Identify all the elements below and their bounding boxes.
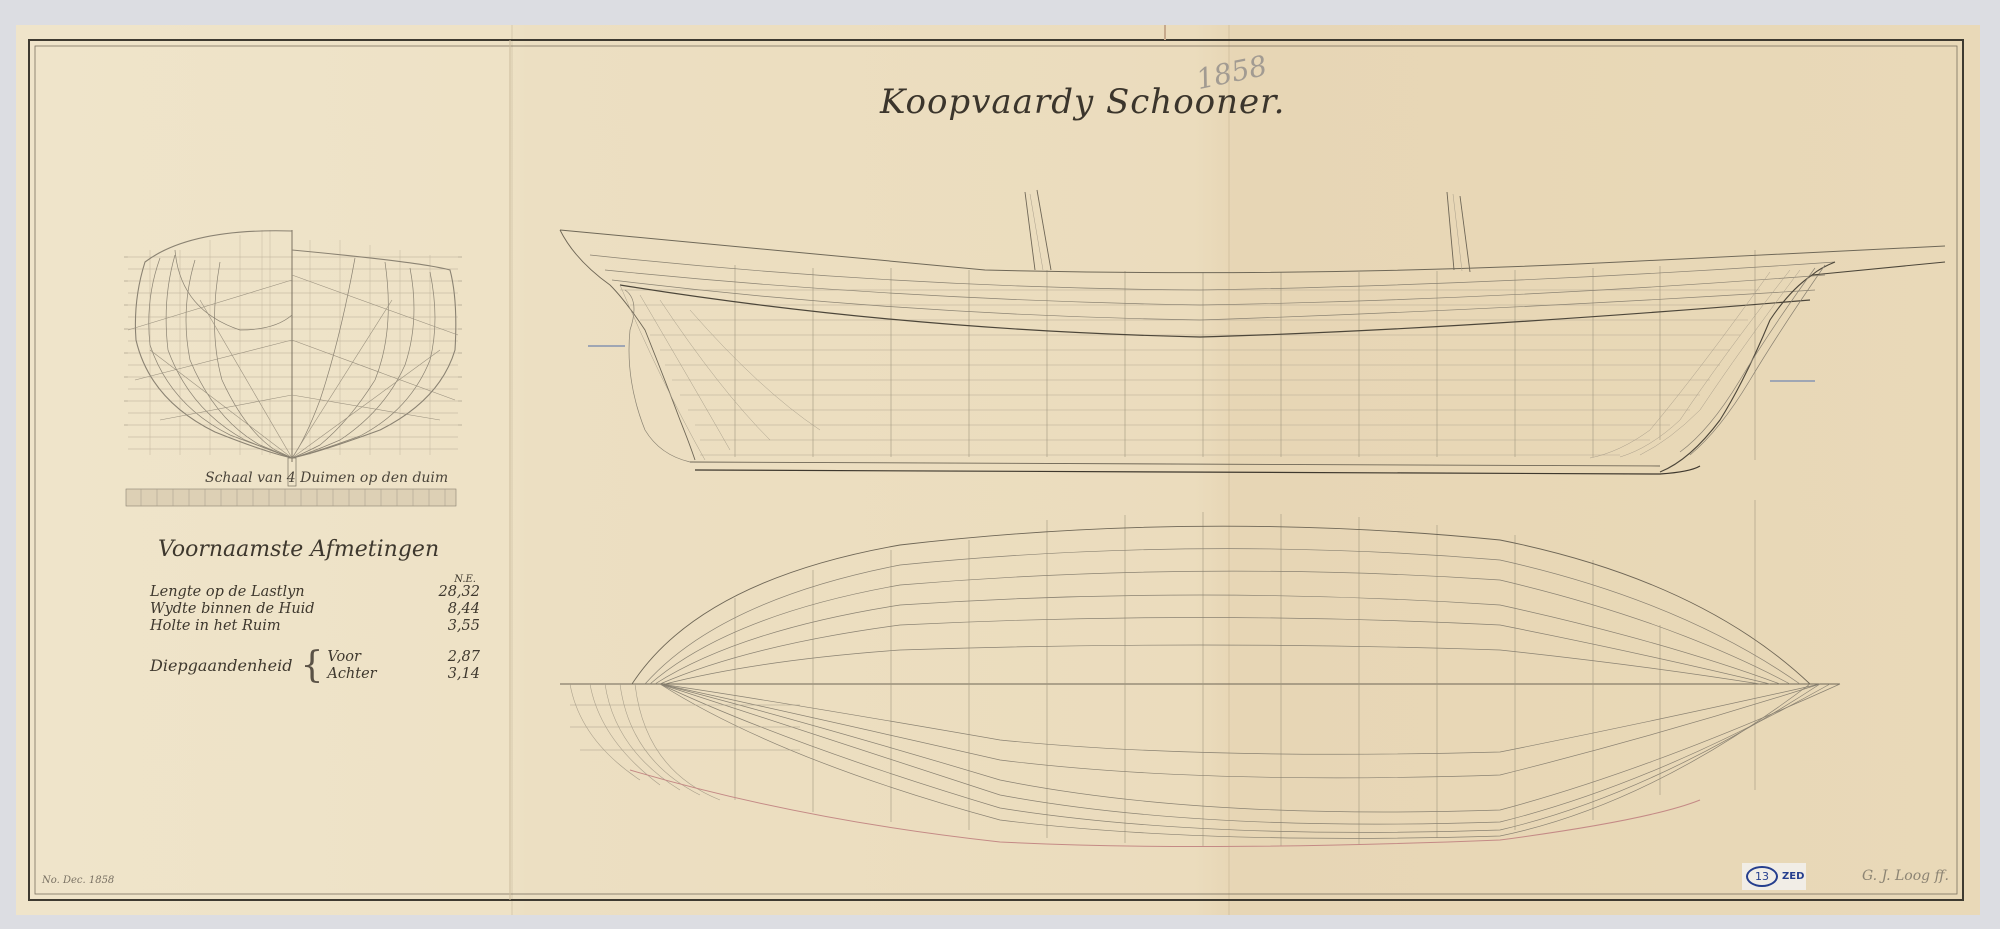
corner-note: No. Dec. 1858 [42, 875, 114, 886]
ship-lines-drawing [0, 0, 2000, 929]
dimensions-heading: Voornaamste Afmetingen [158, 537, 480, 562]
draught-group: Diepgaandenheid { Voor 2,87 Achter 3,14 [150, 645, 480, 686]
half-breadth-plan [560, 500, 1840, 847]
scale-bar [126, 489, 456, 506]
dimension-value: 8,44 [430, 601, 480, 618]
draught-sub-label: Voor [327, 649, 361, 666]
dimension-row: Wydte binnen de Huid 8,44 [150, 601, 480, 618]
dimension-row: Lengte op de Lastlyn 28,32 [150, 584, 480, 601]
draught-sub-label: Achter [327, 666, 376, 683]
principal-dimensions-table: Voornaamste Afmetingen N.E. Lengte op de… [150, 537, 480, 686]
draught-row-aft: Achter 3,14 [327, 666, 480, 683]
dimension-label: Lengte op de Lastlyn [150, 584, 305, 601]
body-plan [124, 230, 462, 486]
dimension-label: Holte in het Ruim [150, 618, 281, 635]
brace-glyph: { [300, 645, 323, 686]
stamp-code: ZED [1782, 871, 1804, 882]
scale-caption: Schaal van 4 Duimen op den duim [205, 470, 448, 486]
dimension-row: Holte in het Ruim 3,55 [150, 618, 480, 635]
unit-label: N.E. [150, 574, 476, 584]
draught-value: 2,87 [430, 649, 480, 666]
draught-label: Diepgaandenheid [150, 656, 292, 675]
dimension-value: 3,55 [430, 618, 480, 635]
dimension-value: 28,32 [430, 584, 480, 601]
draughtsman-signature: G. J. Loog ff. [1862, 868, 1949, 884]
sheer-plan [560, 190, 1945, 474]
dimension-label: Wydte binnen de Huid [150, 601, 315, 618]
draught-row-fore: Voor 2,87 [327, 649, 480, 666]
archive-stamp: 13 ZED [1742, 863, 1806, 890]
draught-value: 3,14 [430, 666, 480, 683]
stamp-number: 13 [1746, 866, 1778, 887]
